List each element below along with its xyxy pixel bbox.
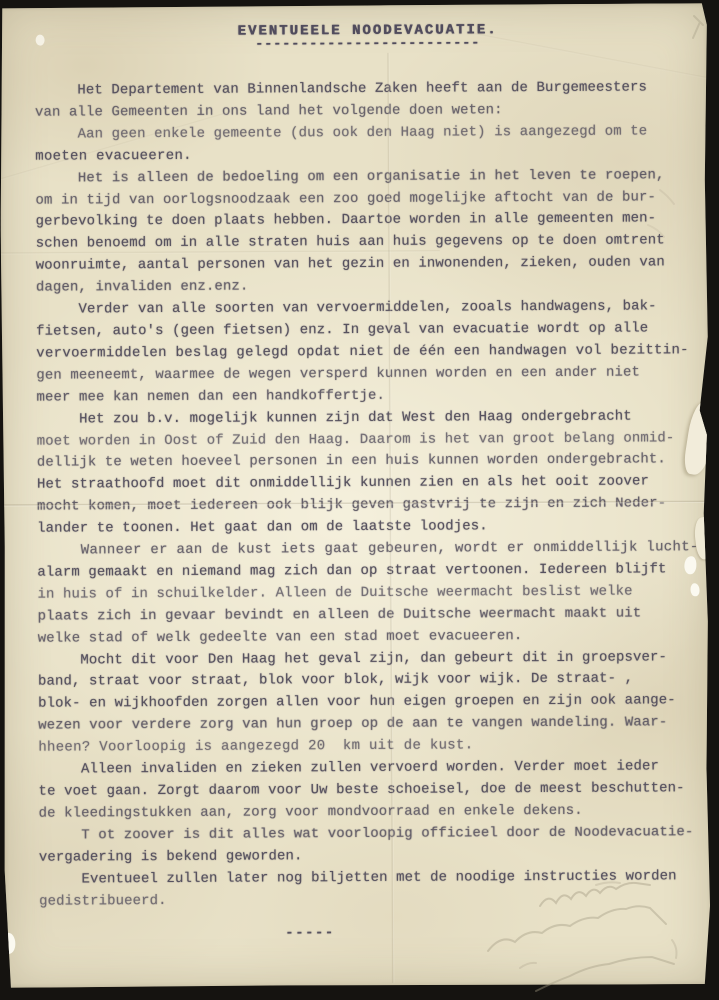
text-line: welke stad of welk gedeelte van een stad… bbox=[38, 625, 698, 650]
text-line: gedistribueerd. bbox=[39, 888, 699, 913]
scan-background: { "document": { "title": "EVENTUEELE NOO… bbox=[0, 0, 719, 1000]
text-line: meer mee kan nemen dan een handkoffertje… bbox=[36, 384, 696, 409]
text-line: dellijk te weten hoeveel personen in een… bbox=[37, 450, 697, 475]
end-mark: ----- bbox=[285, 925, 335, 941]
text-line: om in tijd van oorlogsnoodzaak een zoo g… bbox=[35, 187, 695, 212]
text-line: Wanneer er aan de kust iets gaat gebeure… bbox=[37, 537, 697, 562]
text-line: dagen, invaliden enz.enz. bbox=[36, 274, 696, 299]
title-underline: ------------------------- bbox=[14, 37, 719, 52]
text-line: mocht komen, moet iedereen ook blijk gev… bbox=[37, 493, 697, 518]
text-line: T ot zoover is dit alles wat voorloopig … bbox=[39, 822, 699, 847]
title-block: EVENTUEELE NOODEVACUATIE. --------------… bbox=[0, 22, 719, 52]
text-line: hheen? Voorloopig is aangezegd 20 km uit… bbox=[38, 734, 698, 759]
text-line: Aan geen enkele gemeente (dus ook den Ha… bbox=[35, 121, 695, 146]
damage-spot-left-edge bbox=[2, 933, 15, 954]
document-body: Het Departement van Binnenlandsche Zaken… bbox=[35, 77, 699, 913]
document-page: EVENTUEELE NOODEVACUATIE. --------------… bbox=[0, 3, 713, 988]
